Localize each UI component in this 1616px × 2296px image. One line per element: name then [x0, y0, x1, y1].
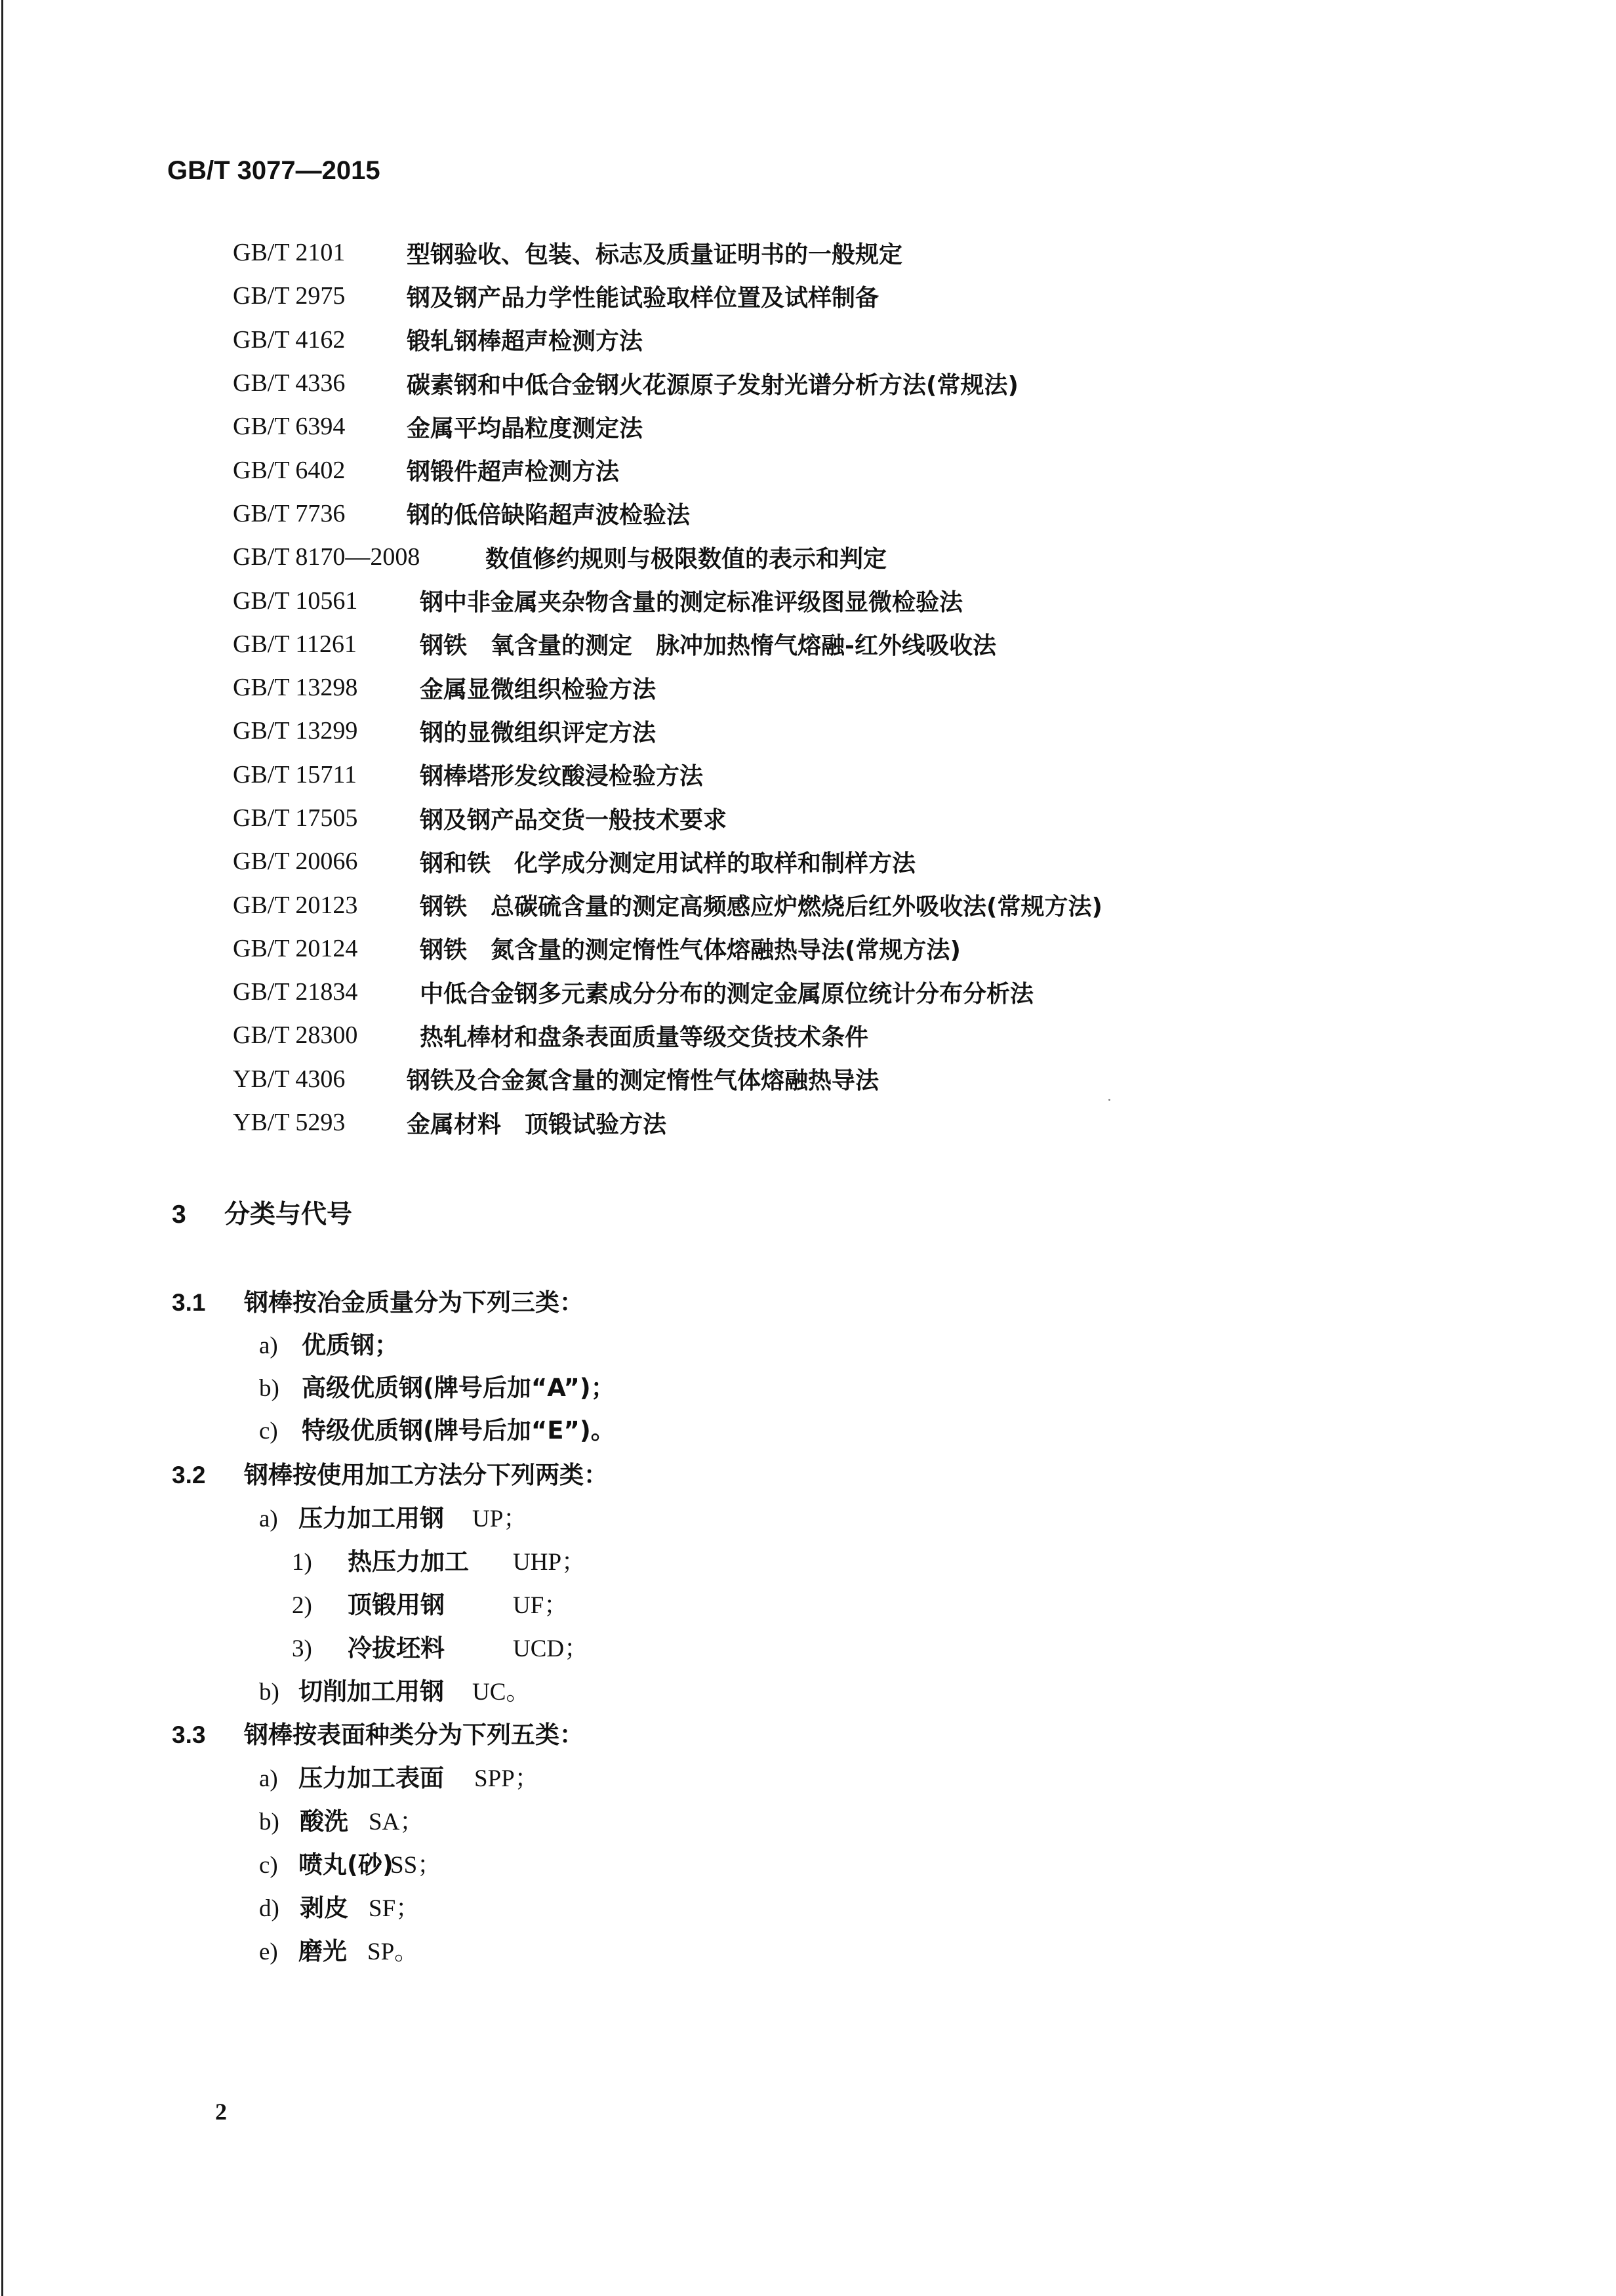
list-item: b)高级优质钢(牌号后加“A”)； — [259, 1368, 615, 1403]
list-text: 冷拔坯料 — [348, 1628, 513, 1664]
list-code: SP。 — [367, 1931, 418, 1967]
clause-3-2: 3.2钢棒按使用加工方法分下列两类： — [172, 1455, 608, 1490]
list-marker: b) — [259, 1678, 298, 1706]
reference-code: GB/T 6394 — [233, 412, 407, 441]
sub-list-item: 3)冷拔坯料UCD； — [292, 1628, 588, 1664]
reference-row: GB/T 20124钢铁 氮含量的测定惰性气体熔融热导法(常规方法) — [233, 927, 1102, 970]
list-item: a)压力加工表面SPP； — [259, 1758, 539, 1794]
reference-row: GB/T 13299钢的显微组织评定方法 — [233, 709, 1102, 752]
list-code: SS； — [390, 1845, 441, 1880]
list-code: UF； — [513, 1585, 568, 1620]
list-text: 压力加工用钢 — [298, 1498, 472, 1534]
reference-row: GB/T 10561钢中非金属夹杂物含量的测定标准评级图显微检验法 — [233, 579, 1102, 622]
clause-text: 钢棒按冶金质量分为下列三类： — [244, 1282, 584, 1318]
list-code: SPP； — [474, 1758, 539, 1794]
list-code: UHP； — [513, 1542, 586, 1577]
list-marker: a) — [259, 1332, 302, 1360]
reference-code: GB/T 4336 — [233, 369, 407, 398]
reference-title: 型钢验收、包装、标志及质量证明书的一般规定 — [407, 236, 902, 270]
list-marker: a) — [259, 1505, 298, 1533]
list-item: d)剥皮SF； — [259, 1888, 420, 1923]
section-number: 3 — [172, 1200, 224, 1229]
clause-3-1: 3.1钢棒按冶金质量分为下列三类： — [172, 1282, 584, 1318]
reference-title: 钢和铁 化学成分测定用试样的取样和制样方法 — [420, 845, 916, 878]
reference-row: GB/T 20066钢和铁 化学成分测定用试样的取样和制样方法 — [233, 840, 1102, 883]
reference-code: GB/T 10561 — [233, 586, 420, 615]
list-code: SF； — [369, 1888, 420, 1923]
reference-row: GB/T 11261钢铁 氧含量的测定 脉冲加热惰气熔融-红外线吸收法 — [233, 623, 1102, 666]
reference-title: 金属材料 顶锻试验方法 — [407, 1106, 666, 1139]
list-item: a)优质钢； — [259, 1325, 399, 1361]
reference-row: GB/T 21834中低合金钢多元素成分分布的测定金属原位统计分布分析法 — [233, 970, 1102, 1014]
section-title: 分类与代号 — [224, 1194, 352, 1231]
clause-text: 钢棒按表面种类分为下列五类： — [244, 1715, 584, 1750]
list-text: 磨光 — [298, 1931, 367, 1967]
clause-number: 3.3 — [172, 1721, 244, 1749]
list-code: UP； — [472, 1498, 527, 1534]
clause-3-3: 3.3钢棒按表面种类分为下列五类： — [172, 1715, 584, 1750]
reference-code: YB/T 4306 — [233, 1065, 407, 1094]
reference-code: GB/T 4162 — [233, 325, 407, 354]
list-code: UC。 — [472, 1671, 530, 1707]
sub-list-item: 2)顶锻用钢UF； — [292, 1585, 568, 1620]
reference-row: GB/T 28300热轧棒材和盘条表面质量等级交货技术条件 — [233, 1014, 1102, 1057]
reference-code: GB/T 28300 — [233, 1021, 420, 1050]
reference-title: 钢铁 氧含量的测定 脉冲加热惰气熔融-红外线吸收法 — [420, 627, 996, 661]
reference-row: GB/T 7736钢的低倍缺陷超声波检验法 — [233, 492, 1102, 535]
list-code: SA； — [369, 1801, 424, 1837]
list-item: c)喷丸(砂)SS； — [259, 1845, 441, 1880]
reference-row: GB/T 8170—2008数值修约规则与极限数值的表示和判定 — [233, 535, 1102, 579]
reference-row: GB/T 20123钢铁 总碳硫含量的测定高频感应炉燃烧后红外吸收法(常规方法) — [233, 883, 1102, 926]
list-marker: b) — [259, 1808, 300, 1836]
reference-title: 钢的显微组织评定方法 — [420, 714, 656, 748]
reference-row: GB/T 15711钢棒塔形发纹酸浸检验方法 — [233, 753, 1102, 796]
page-number: 2 — [215, 2098, 227, 2125]
reference-row: GB/T 2975钢及钢产品力学性能试验取样位置及试样制备 — [233, 274, 1102, 318]
list-text: 切削加工用钢 — [298, 1671, 472, 1707]
list-marker: 1) — [292, 1548, 348, 1576]
list-marker: d) — [259, 1895, 300, 1923]
list-item: a)压力加工用钢UP； — [259, 1498, 527, 1534]
list-marker: c) — [259, 1851, 298, 1879]
reference-row: GB/T 6402钢锻件超声检测方法 — [233, 448, 1102, 491]
list-text: 酸洗 — [300, 1801, 369, 1837]
list-marker: e) — [259, 1938, 298, 1966]
list-text: 特级优质钢(牌号后加“E”)。 — [302, 1410, 615, 1446]
sub-list-item: 1)热压力加工UHP； — [292, 1542, 586, 1577]
reference-title: 金属平均晶粒度测定法 — [407, 410, 643, 443]
reference-code: GB/T 20066 — [233, 847, 420, 876]
page-edge-line — [1, 0, 3, 2296]
reference-code: GB/T 7736 — [233, 499, 407, 528]
reference-title: 钢铁及合金氮含量的测定惰性气体熔融热导法 — [407, 1062, 879, 1096]
reference-code: GB/T 2975 — [233, 281, 407, 310]
scan-speck — [1108, 1099, 1110, 1101]
reference-code: GB/T 6402 — [233, 456, 407, 485]
list-item: c)特级优质钢(牌号后加“E”)。 — [259, 1410, 615, 1446]
list-code: UCD； — [513, 1628, 588, 1664]
list-item: b)酸洗SA； — [259, 1801, 424, 1837]
reference-row: GB/T 13298金属显微组织检验方法 — [233, 666, 1102, 709]
reference-title: 钢锻件超声检测方法 — [407, 453, 619, 487]
reference-code: YB/T 5293 — [233, 1108, 407, 1137]
reference-code: GB/T 20124 — [233, 934, 420, 963]
reference-code: GB/T 20123 — [233, 891, 420, 920]
list-text: 热压力加工 — [348, 1542, 513, 1577]
reference-title: 金属显微组织检验方法 — [420, 671, 656, 705]
list-text: 高级优质钢(牌号后加“A”)； — [302, 1368, 615, 1403]
reference-title: 锻轧钢棒超声检测方法 — [407, 323, 643, 356]
list-marker: b) — [259, 1374, 302, 1403]
reference-row: YB/T 4306钢铁及合金氮含量的测定惰性气体熔融热导法 — [233, 1057, 1102, 1101]
reference-title: 中低合金钢多元素成分分布的测定金属原位统计分布分析法 — [420, 975, 1034, 1009]
reference-title: 钢铁 氮含量的测定惰性气体熔融热导法(常规方法) — [420, 932, 961, 965]
reference-title: 碳素钢和中低合金钢火花源原子发射光谱分析方法(常规法) — [407, 367, 1019, 400]
reference-row: YB/T 5293金属材料 顶锻试验方法 — [233, 1101, 1102, 1144]
clause-number: 3.1 — [172, 1289, 244, 1317]
normative-references-list: GB/T 2101型钢验收、包装、标志及质量证明书的一般规定 GB/T 2975… — [233, 231, 1102, 1144]
reference-code: GB/T 15711 — [233, 760, 420, 789]
reference-title: 热轧棒材和盘条表面质量等级交货技术条件 — [420, 1019, 868, 1052]
reference-row: GB/T 4336碳素钢和中低合金钢火花源原子发射光谱分析方法(常规法) — [233, 361, 1102, 405]
section-3-heading: 3分类与代号 — [172, 1194, 352, 1231]
reference-code: GB/T 13299 — [233, 716, 420, 745]
list-marker: 3) — [292, 1635, 348, 1663]
list-text: 压力加工表面 — [298, 1758, 474, 1794]
list-marker: c) — [259, 1417, 302, 1445]
list-item: b)切削加工用钢UC。 — [259, 1671, 530, 1707]
reference-row: GB/T 2101型钢验收、包装、标志及质量证明书的一般规定 — [233, 231, 1102, 274]
reference-code: GB/T 11261 — [233, 630, 420, 659]
standard-number-header: GB/T 3077—2015 — [167, 156, 380, 186]
reference-title: 钢的低倍缺陷超声波检验法 — [407, 497, 690, 530]
list-text: 顶锻用钢 — [348, 1585, 513, 1620]
reference-code: GB/T 2101 — [233, 238, 407, 267]
reference-row: GB/T 17505钢及钢产品交货一般技术要求 — [233, 796, 1102, 840]
clause-number: 3.2 — [172, 1462, 244, 1489]
reference-title: 钢棒塔形发纹酸浸检验方法 — [420, 758, 703, 791]
reference-code: GB/T 8170—2008 — [233, 543, 485, 571]
reference-code: GB/T 21834 — [233, 977, 420, 1006]
list-marker: 2) — [292, 1591, 348, 1620]
reference-code: GB/T 17505 — [233, 804, 420, 832]
reference-title: 钢中非金属夹杂物含量的测定标准评级图显微检验法 — [420, 584, 963, 617]
reference-title: 钢及钢产品力学性能试验取样位置及试样制备 — [407, 279, 879, 313]
list-text: 喷丸(砂) — [298, 1845, 390, 1880]
reference-title: 数值修约规则与极限数值的表示和判定 — [485, 541, 887, 574]
clause-text: 钢棒按使用加工方法分下列两类： — [244, 1455, 608, 1490]
reference-row: GB/T 4162锻轧钢棒超声检测方法 — [233, 318, 1102, 361]
list-text: 优质钢； — [302, 1325, 399, 1361]
reference-code: GB/T 13298 — [233, 673, 420, 702]
list-text: 剥皮 — [300, 1888, 369, 1923]
list-marker: a) — [259, 1765, 298, 1793]
list-item: e)磨光SP。 — [259, 1931, 418, 1967]
reference-row: GB/T 6394金属平均晶粒度测定法 — [233, 405, 1102, 448]
reference-title: 钢铁 总碳硫含量的测定高频感应炉燃烧后红外吸收法(常规方法) — [420, 888, 1102, 922]
reference-title: 钢及钢产品交货一般技术要求 — [420, 802, 727, 835]
